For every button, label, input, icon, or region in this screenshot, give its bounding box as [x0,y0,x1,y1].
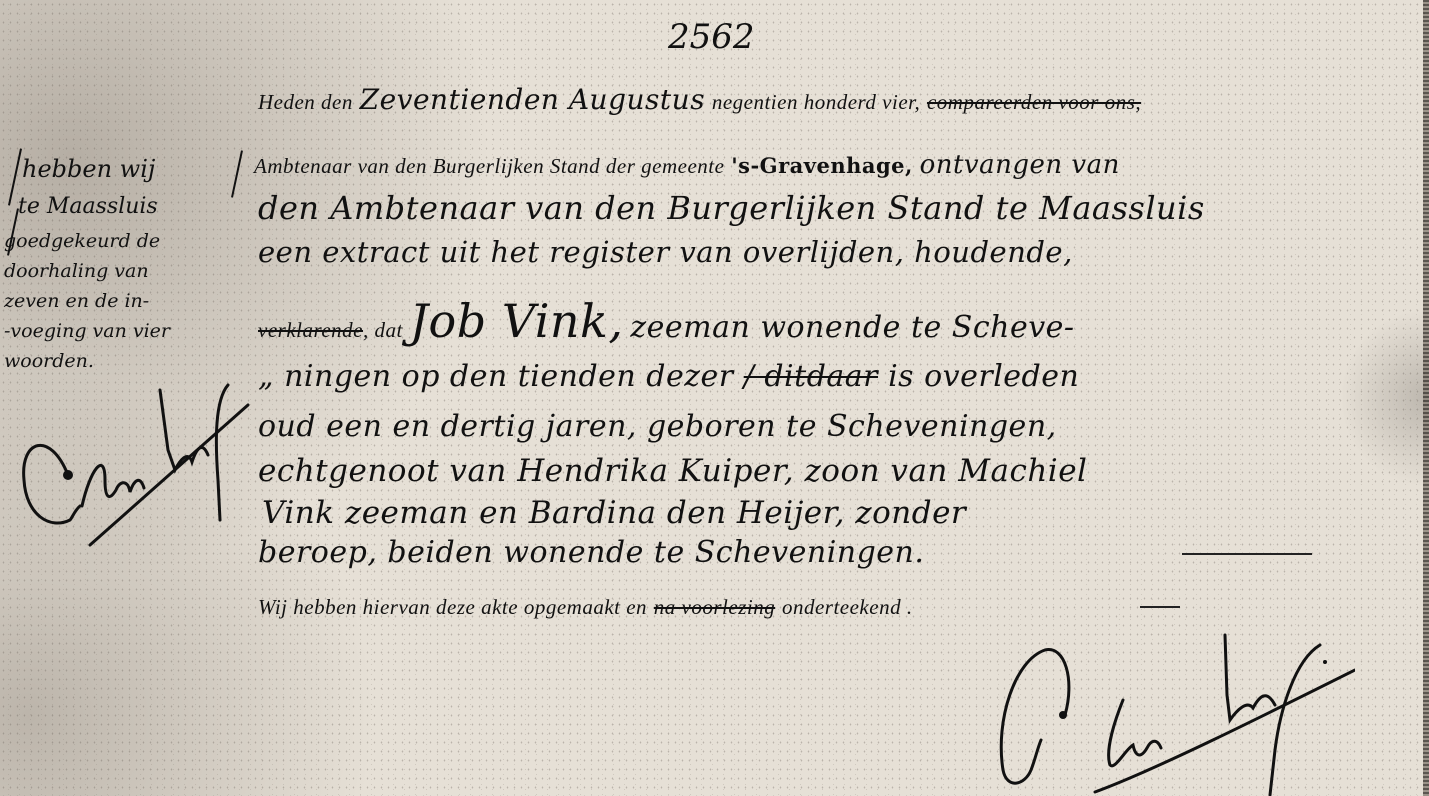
margin-line: -voeging van vier [4,316,240,346]
handwritten-text: ontvangen van [920,150,1120,180]
line-6: „ ningen op den tienden dezer / ditdaar … [258,362,1079,392]
line-9: Vink zeeman en Bardina den Heijer, zonde… [262,498,966,529]
struck-text: verklarende [258,318,363,342]
line-4: een extract uit het register van overlij… [258,238,1073,267]
handwritten-text: „ ningen op den tienden dezer [258,359,734,394]
printed-text: , dat [363,318,403,342]
margin-line: hebben wij [4,150,240,188]
margin-line: goedgekeurd de [4,226,240,256]
line-8: echtgenoot van Hendrika Kuiper, zoon van… [258,456,1087,487]
line-7: oud een en dertig jaren, geboren te Sche… [258,412,1057,442]
handwritten-date: Zeventienden Augustus [360,83,705,116]
line-1: Heden den Zeventienden Augustus negentie… [258,86,1141,114]
deceased-name: Job Vink, [410,294,624,348]
page-edge [1423,0,1429,796]
line-10: beroep, beiden wonende te Scheveningen. [258,538,924,568]
handwritten-text: zeeman wonende te Scheve- [630,310,1074,345]
margin-line: zeven en de in- [4,286,240,316]
registrar-signature [975,620,1355,796]
printed-text: Wij hebben hiervan deze akte opgemaakt e… [258,595,647,619]
line-3: den Ambtenaar van den Burgerlijken Stand… [258,192,1205,224]
struck-text: na voorlezing [654,595,775,619]
margin-line: woorden. [4,346,240,376]
margin-note: hebben wij te Maassluis goedgekeurd de d… [4,150,240,376]
record-number: 2562 [668,20,755,54]
fill-dash [1140,606,1180,608]
printed-text: negentien honderd vier, [712,90,920,114]
margin-line: doorhaling van [4,256,240,286]
closing-line: Wij hebben hiervan deze akte opgemaakt e… [258,594,913,619]
printed-text: Heden den [258,90,353,114]
line-5: verklarende, dat Job Vink, zeeman wonend… [258,298,1075,344]
margin-line: te Maassluis [4,188,240,226]
printed-place: 's-Gravenhage, [731,153,913,178]
printed-text: onderteekend . [782,595,913,619]
struck-text: compareerden voor ons, [927,90,1141,114]
margin-signature [10,380,250,550]
printed-text: Ambtenaar van den Burgerlijken Stand der… [254,154,724,178]
line-2: Ambtenaar van den Burgerlijken Stand der… [254,152,1120,178]
handwritten-text: is overleden [888,359,1079,394]
struck-text: / ditdaar [744,359,878,394]
fill-dash [1182,553,1312,555]
